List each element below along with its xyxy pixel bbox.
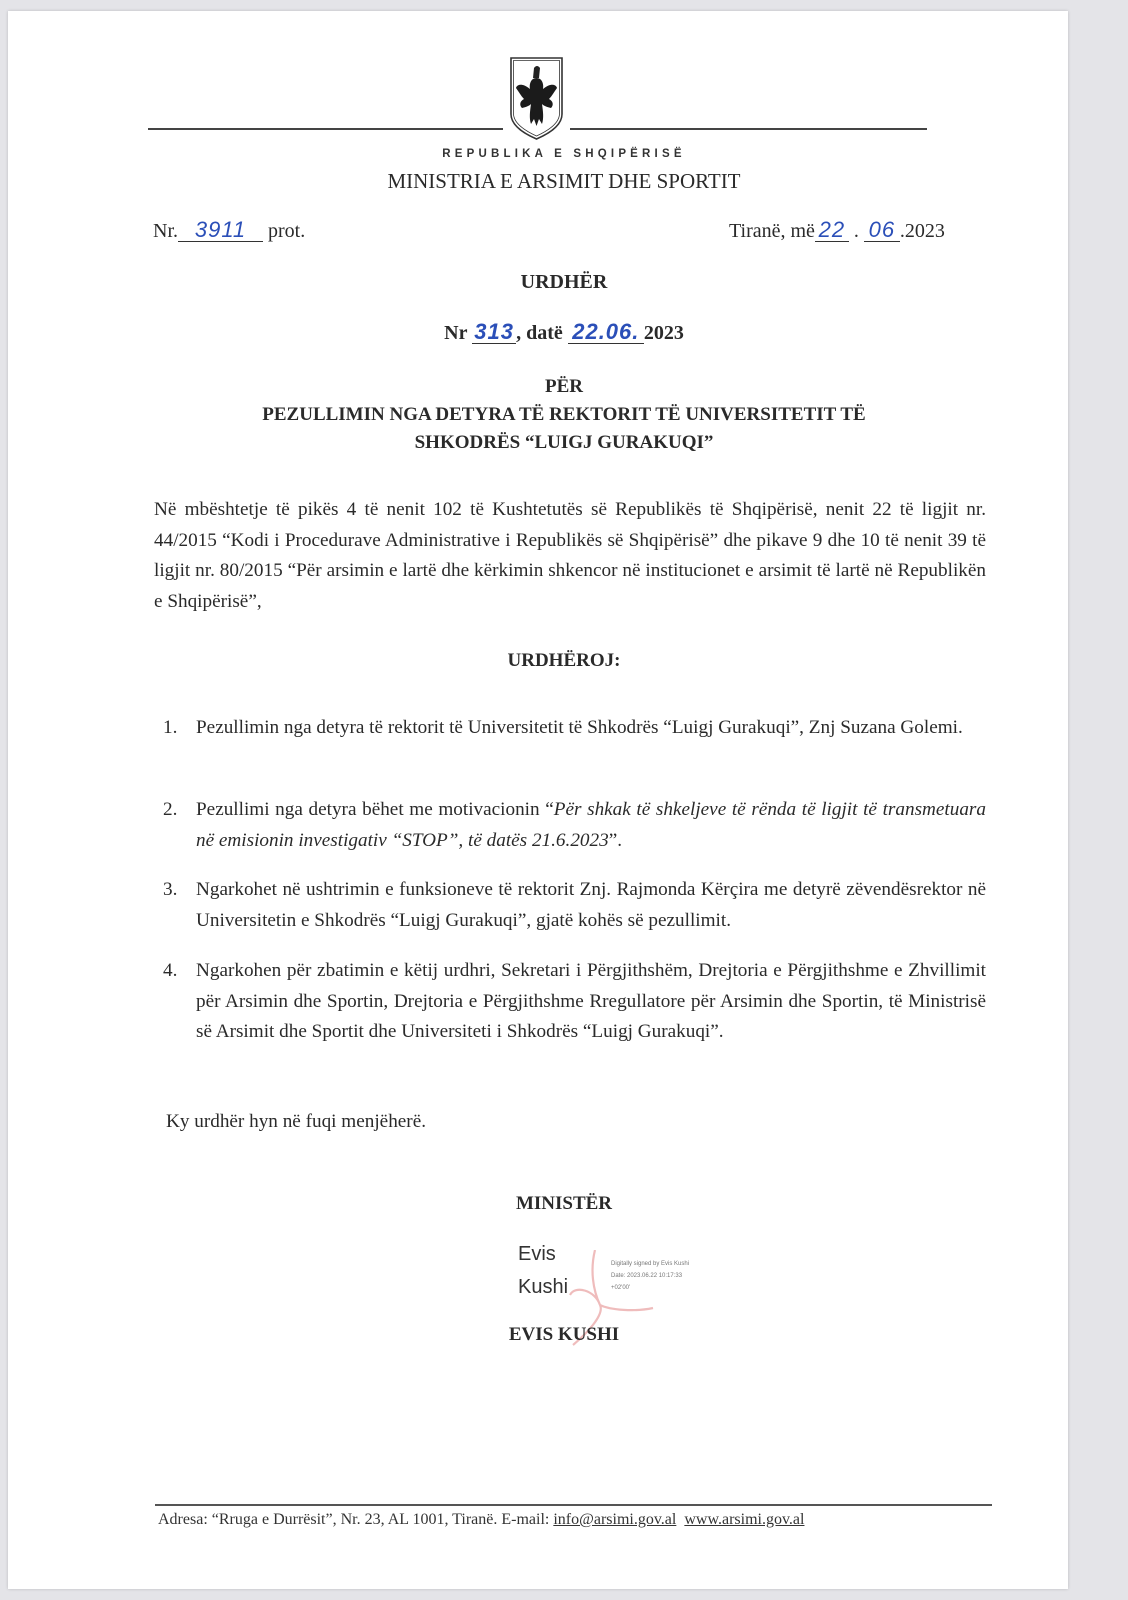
footer-rule bbox=[155, 1504, 992, 1506]
order-number-date: Nr 313, datë 22.06.2023 bbox=[0, 322, 1128, 345]
digital-signature-info: Digitally signed by Evis Kushi Date: 202… bbox=[611, 1258, 689, 1294]
place-date: Tiranë, më22 . 06.2023 bbox=[729, 220, 945, 243]
handwritten-day: 22 bbox=[819, 217, 845, 242]
order-subject-label: PËR bbox=[0, 376, 1128, 398]
republic-label: REPUBLIKA E SHQIPËRISË bbox=[0, 148, 1128, 160]
handwritten-protocol-number: 3911 bbox=[195, 217, 246, 242]
header-rule-left bbox=[148, 128, 503, 130]
orders-heading: URDHËROJ: bbox=[0, 650, 1128, 672]
signature-first-name: Evis bbox=[518, 1243, 556, 1266]
handwritten-order-date: 22.06. bbox=[572, 319, 639, 344]
order-item-1: 1. Pezullimin nga detyra të rektorit të … bbox=[163, 713, 986, 744]
handwritten-month: 06 bbox=[869, 217, 895, 242]
order-heading: URDHËR bbox=[0, 271, 1128, 294]
order-title-line2: SHKODRËS “LUIGJ GURAKUQI” bbox=[0, 432, 1128, 454]
order-title-line1: PEZULLIMIN NGA DETYRA TË REKTORIT TË UNI… bbox=[0, 404, 1128, 426]
protocol-number: Nr.3911 prot. bbox=[153, 220, 305, 243]
signature-last-name: Kushi bbox=[518, 1276, 568, 1299]
order-item-3: 3. Ngarkohet në ushtrimin e funksioneve … bbox=[163, 875, 986, 936]
signatory-name: EVIS KUSHI bbox=[0, 1324, 1128, 1346]
footer-address: Adresa: “Rruga e Durrësit”, Nr. 23, AL 1… bbox=[158, 1511, 804, 1529]
ministry-name: MINISTRIA E ARSIMIT DHE SPORTIT bbox=[0, 169, 1128, 194]
header-rule-right bbox=[570, 128, 927, 130]
signatory-title: MINISTËR bbox=[0, 1193, 1128, 1215]
order-item-2: 2. Pezullimi nga detyra bëhet me motivac… bbox=[163, 795, 986, 856]
albania-coat-of-arms-icon bbox=[509, 56, 564, 141]
footer-email-link[interactable]: info@arsimi.gov.al bbox=[553, 1511, 676, 1528]
legal-basis-paragraph: Në mbështetje të pikës 4 të nenit 102 të… bbox=[154, 495, 986, 617]
closing-statement: Ky urdhër hyn në fuqi menjëherë. bbox=[166, 1111, 426, 1133]
footer-website-link[interactable]: www.arsimi.gov.al bbox=[684, 1511, 804, 1528]
order-item-4: 4. Ngarkohen për zbatimin e këtij urdhri… bbox=[163, 956, 986, 1048]
handwritten-order-number: 313 bbox=[474, 319, 514, 344]
